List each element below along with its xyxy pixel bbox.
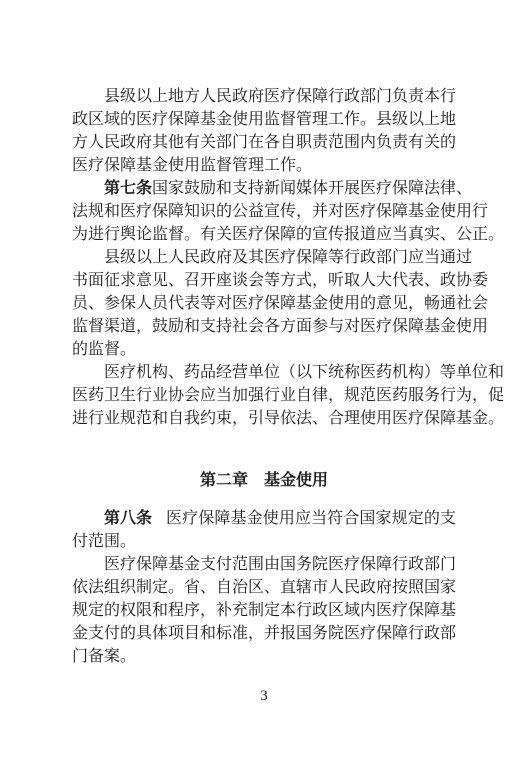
paragraph-line: 依法组织制定。省、自治区、直辖市人民政府按照国家 [72, 575, 456, 598]
paragraph-line: 进行业规范和自我约束，引导依法、合理使用医疗保障基金。 [72, 406, 456, 429]
paragraph-line: 医药卫生行业协会应当加强行业自律，规范医药服务行为，促 [72, 383, 456, 406]
paragraph-line: 规定的权限和程序，补充制定本行政区域内医疗保障基 [72, 598, 456, 621]
paragraph-line: 医疗保障基金使用监督管理工作。 [72, 153, 456, 176]
chapter-title: 基金使用 [264, 470, 328, 489]
paragraph-line: 医疗保障基金支付范围由国务院医疗保障行政部门 [104, 552, 456, 575]
chapter-number: 第二章 [200, 470, 248, 489]
article-7-first-line: 第七条 国家鼓励和支持新闻媒体开展医疗保障法律、 [104, 176, 456, 199]
paragraph-line: 县级以上地方人民政府医疗保障行政部门负责本行 [104, 84, 456, 107]
spacer [152, 506, 166, 529]
article-number: 第七条 [104, 176, 152, 199]
paragraph-line: 法规和医疗保障知识的公益宣传，并对医疗保障基金使用行 [72, 199, 456, 222]
paragraph-line: 医疗保障基金使用应当符合国家规定的支 [166, 506, 456, 529]
paragraph-line: 方人民政府其他有关部门在各自职责范围内负责有关的 [72, 130, 456, 153]
paragraph-line: 门备案。 [72, 644, 456, 667]
paragraph-line: 县级以上人民政府及其医疗保障等行政部门应当通过 [104, 245, 456, 268]
paragraph-line: 监督渠道，鼓励和支持社会各方面参与对医疗保障基金使用 [72, 314, 456, 337]
paragraph-line: 的监督。 [72, 337, 456, 360]
paragraph-line: 付范围。 [72, 529, 456, 552]
paragraph-line: 国家鼓励和支持新闻媒体开展医疗保障法律、 [152, 176, 472, 199]
paragraph-line: 金支付的具体项目和标准，并报国务院医疗保障行政部 [72, 621, 456, 644]
article-8-first-line: 第八条 医疗保障基金使用应当符合国家规定的支 [104, 506, 456, 529]
paragraph-line: 医疗机构、药品经营单位（以下统称医药机构）等单位和 [104, 360, 456, 383]
chapter-heading: 第二章基金使用 [0, 468, 528, 491]
paragraph-line: 为进行舆论监督。有关医疗保障的宣传报道应当真实、公正。 [72, 222, 456, 245]
paragraph-line: 政区域的医疗保障基金使用监督管理工作。县级以上地 [72, 107, 456, 130]
paragraph-line: 书面征求意见、召开座谈会等方式，听取人大代表、政协委 [72, 268, 456, 291]
article-number: 第八条 [104, 506, 152, 529]
document-page: 县级以上地方人民政府医疗保障行政部门负责本行 政区域的医疗保障基金使用监督管理工… [0, 0, 528, 767]
page-number: 3 [0, 686, 528, 706]
paragraph-line: 员、参保人员代表等对医疗保障基金使用的意见，畅通社会 [72, 291, 456, 314]
